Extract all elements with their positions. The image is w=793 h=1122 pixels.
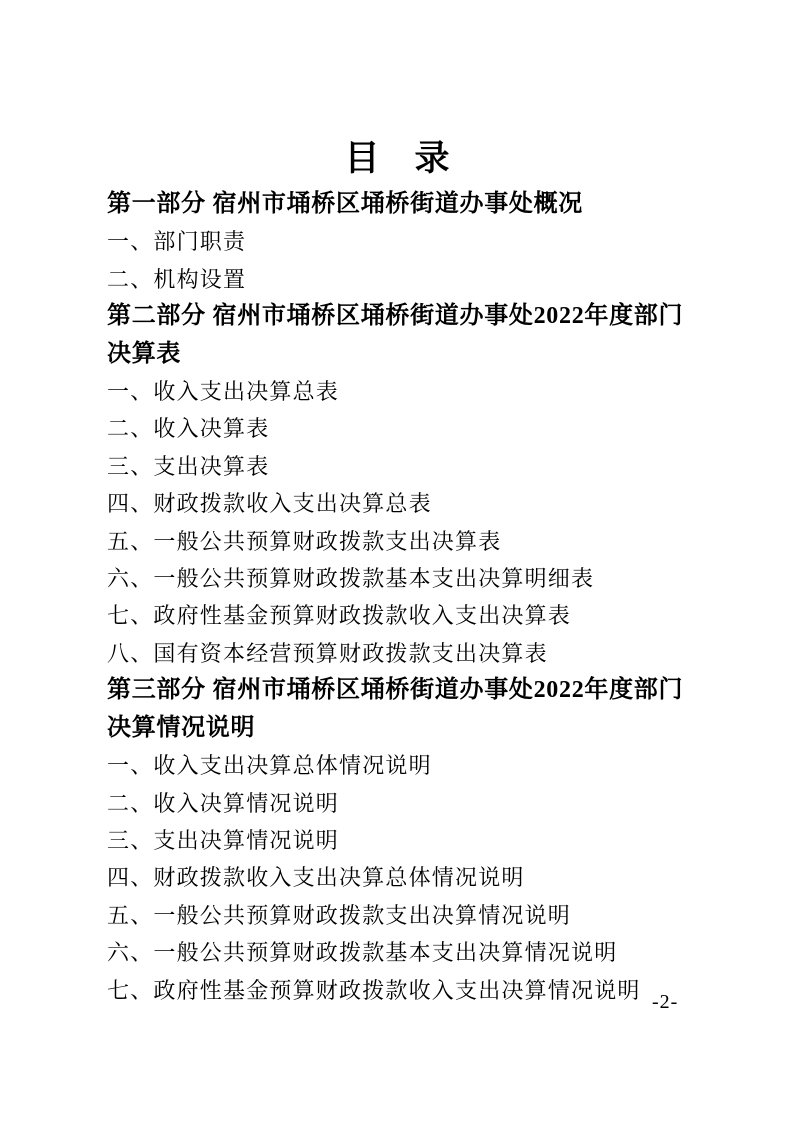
page-number: -2-: [652, 991, 678, 1013]
toc-item: 一、收入支出决算总表: [107, 373, 693, 410]
toc-item: 三、支出决算情况说明: [107, 822, 693, 859]
toc-item: 二、收入决算情况说明: [107, 785, 693, 822]
section-3-heading: 第三部分 宿州市埇桥区埇桥街道办事处2022年度部门决算情况说明: [107, 672, 693, 747]
toc-item: 四、财政拨款收入支出决算总表: [107, 485, 693, 522]
toc-item: 三、支出决算表: [107, 448, 693, 485]
toc-section-3: 第三部分 宿州市埇桥区埇桥街道办事处2022年度部门决算情况说明 一、收入支出决…: [107, 672, 693, 1009]
document-page: 目 录 第一部分 宿州市埇桥区埇桥街道办事处概况 一、部门职责 二、机构设置 第…: [0, 0, 793, 1122]
toc-item: 八、国有资本经营预算财政拨款支出决算表: [107, 635, 693, 672]
section-2-heading: 第二部分 宿州市埇桥区埇桥街道办事处2022年度部门决算表: [107, 298, 693, 373]
toc-item: 二、机构设置: [107, 261, 693, 298]
toc-item: 二、收入决算表: [107, 410, 693, 447]
toc-content: 第一部分 宿州市埇桥区埇桥街道办事处概况 一、部门职责 二、机构设置 第二部分 …: [107, 186, 693, 1009]
toc-section-2: 第二部分 宿州市埇桥区埇桥街道办事处2022年度部门决算表 一、收入支出决算总表…: [107, 298, 693, 672]
toc-item: 七、政府性基金预算财政拨款收入支出决算情况说明: [107, 972, 693, 1009]
toc-item: 五、一般公共预算财政拨款支出决算表: [107, 523, 693, 560]
toc-item: 七、政府性基金预算财政拨款收入支出决算表: [107, 597, 693, 634]
toc-item: 一、收入支出决算总体情况说明: [107, 747, 693, 784]
toc-item: 六、一般公共预算财政拨款基本支出决算明细表: [107, 560, 693, 597]
section-1-heading: 第一部分 宿州市埇桥区埇桥街道办事处概况: [107, 186, 693, 223]
toc-item: 五、一般公共预算财政拨款支出决算情况说明: [107, 897, 693, 934]
toc-title: 目 录: [104, 137, 690, 181]
toc-item: 六、一般公共预算财政拨款基本支出决算情况说明: [107, 934, 693, 971]
toc-item: 四、财政拨款收入支出决算总体情况说明: [107, 859, 693, 896]
toc-section-1: 第一部分 宿州市埇桥区埇桥街道办事处概况 一、部门职责 二、机构设置: [107, 186, 693, 298]
toc-item: 一、部门职责: [107, 223, 693, 260]
